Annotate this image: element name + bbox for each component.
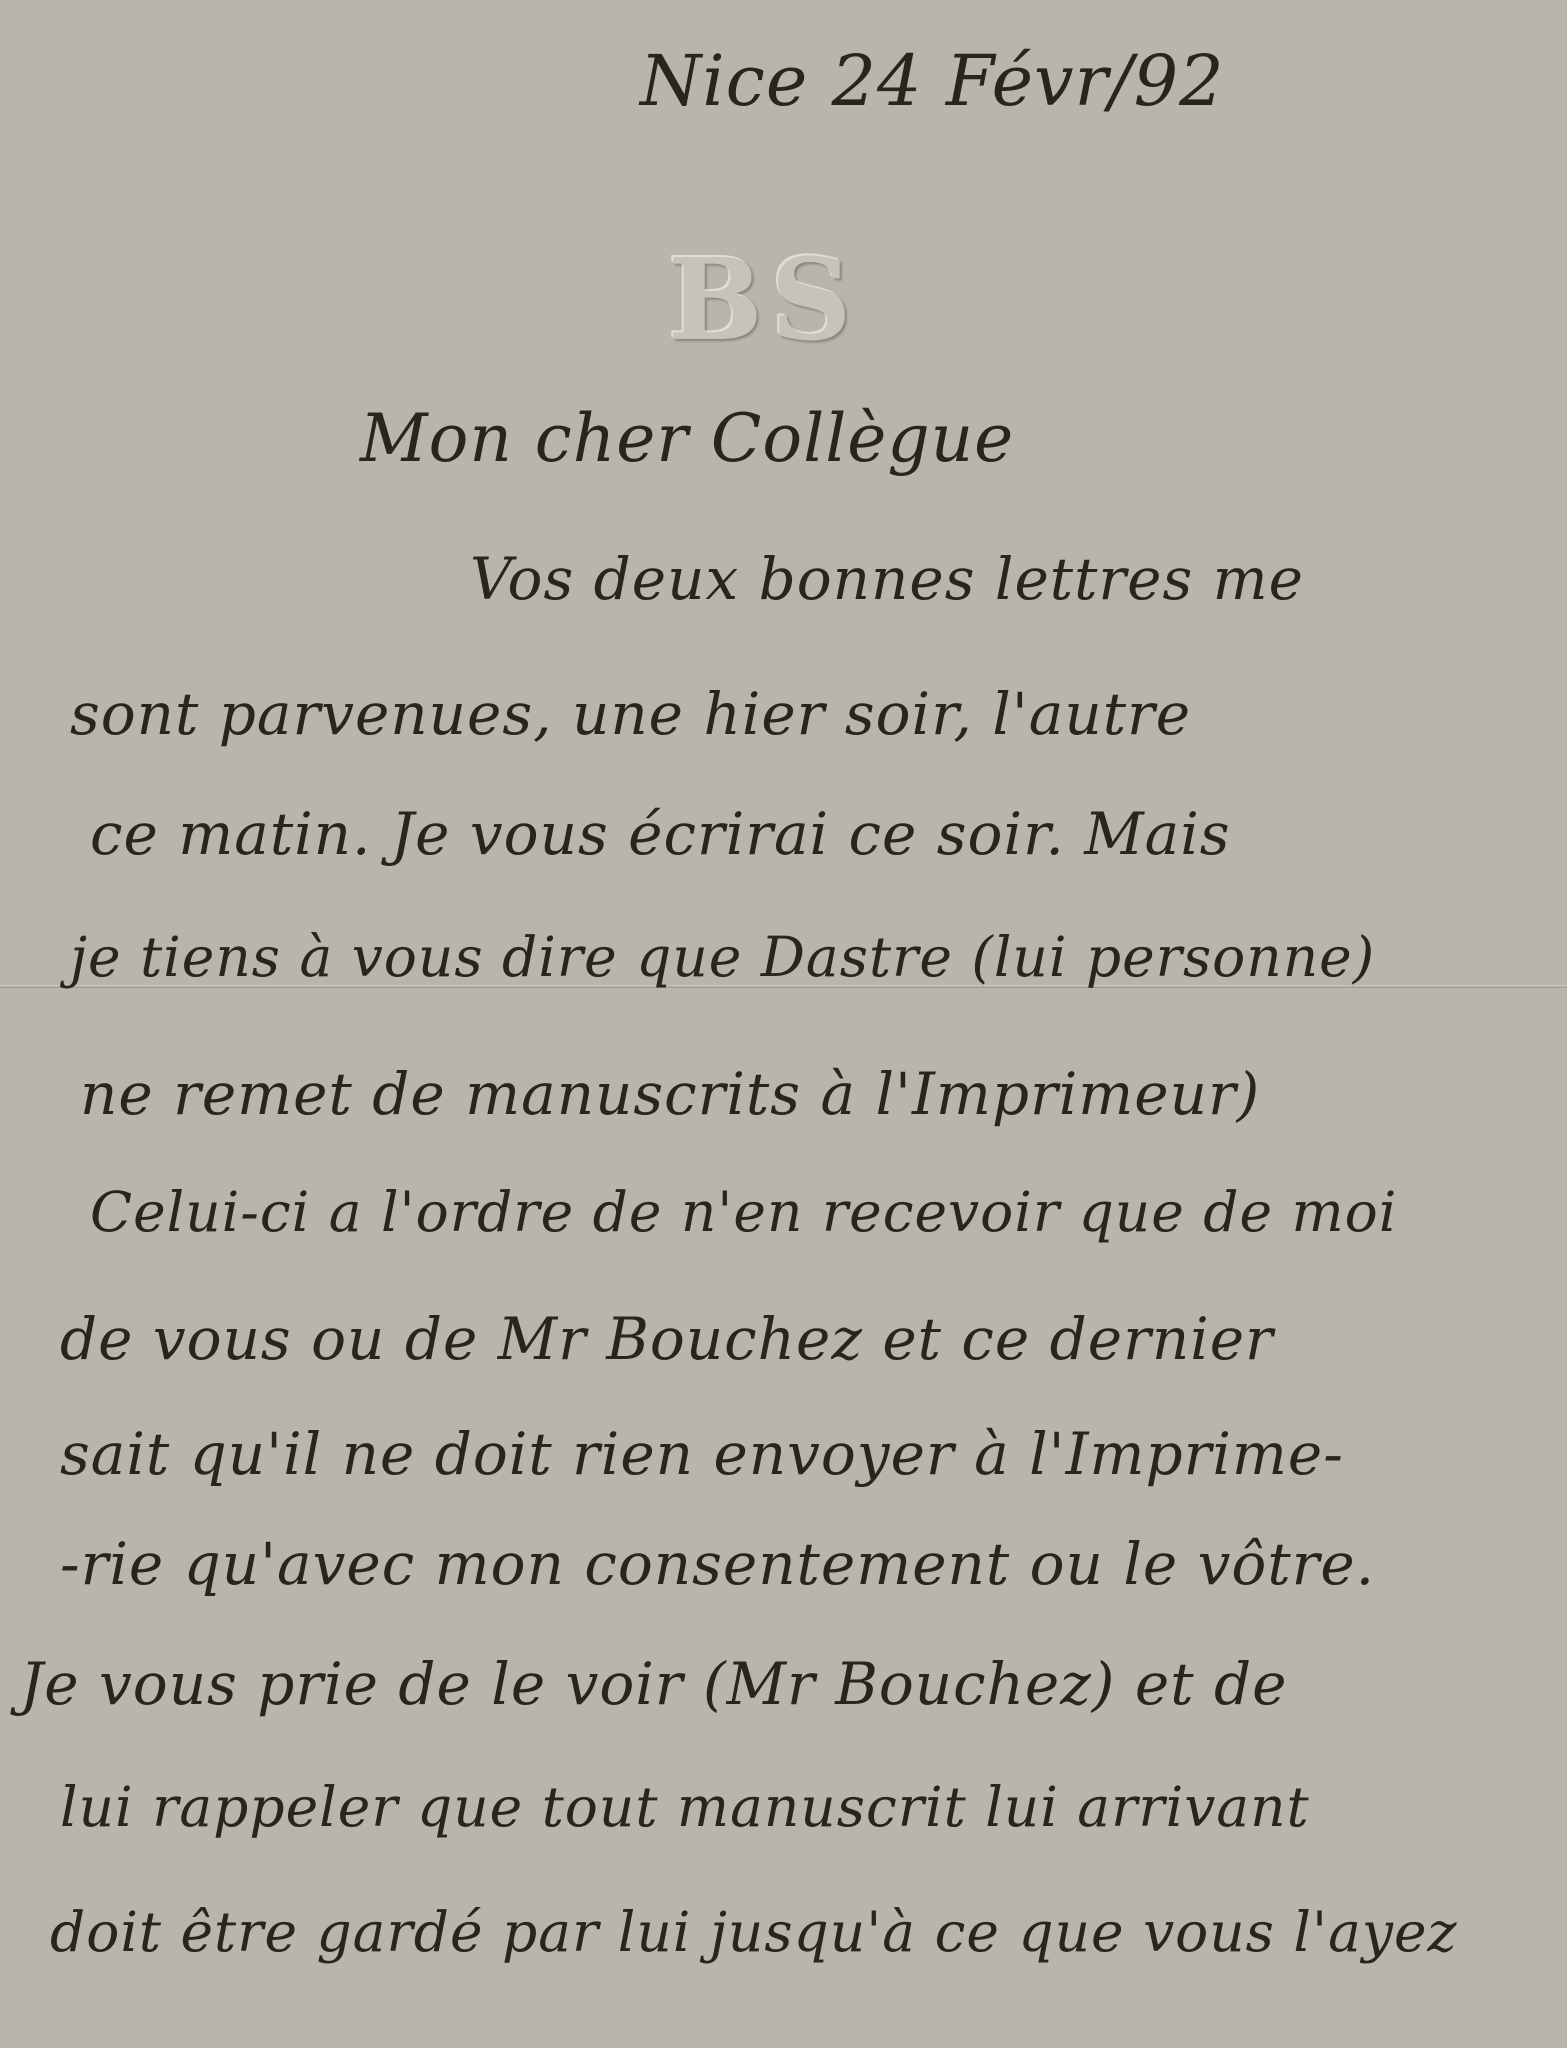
letter-line-11-text: lui rappeler que tout manuscrit lui arri…	[60, 1775, 1310, 1839]
letter-line-9: -rie qu'avec mon consentement ou le vôtr…	[60, 1530, 1375, 1598]
letter-line-4: je tiens à vous dire que Dastre (lui per…	[70, 925, 1375, 989]
letter-line-8: sait qu'il ne doit rien envoyer à l'Impr…	[60, 1420, 1344, 1488]
letter-line-7: de vous ou de Mr Bouchez et ce dernier	[60, 1305, 1274, 1373]
letter-line-5: ne remet de manuscrits à l'Imprimeur)	[80, 1060, 1260, 1128]
embossed-monogram: BS	[668, 235, 860, 366]
letter-sheet: Nice 24 Févr/92 BS Mon cher Collègue Vos…	[0, 0, 1567, 2048]
letter-line-12: doit être gardé par lui jusqu'à ce que v…	[50, 1900, 1458, 1964]
letter-line-3: ce matin. Je vous écrirai ce soir. Mais	[90, 800, 1231, 868]
salutation: Mon cher Collègue	[360, 400, 1014, 477]
date-line: Nice 24 Févr/92	[640, 40, 1225, 122]
letter-line-10: Je vous prie de le voir (Mr Bouchez) et …	[20, 1650, 1287, 1718]
letter-line-2: sont parvenues, une hier soir, l'autre	[70, 680, 1191, 748]
letter-line-1: Vos deux bonnes lettres me	[470, 545, 1304, 613]
letter-line-11: lui rappeler que tout manuscrit lui arri…	[60, 1775, 1310, 1839]
letter-line-6: Celui-ci a l'ordre de n'en recevoir que …	[90, 1180, 1397, 1244]
